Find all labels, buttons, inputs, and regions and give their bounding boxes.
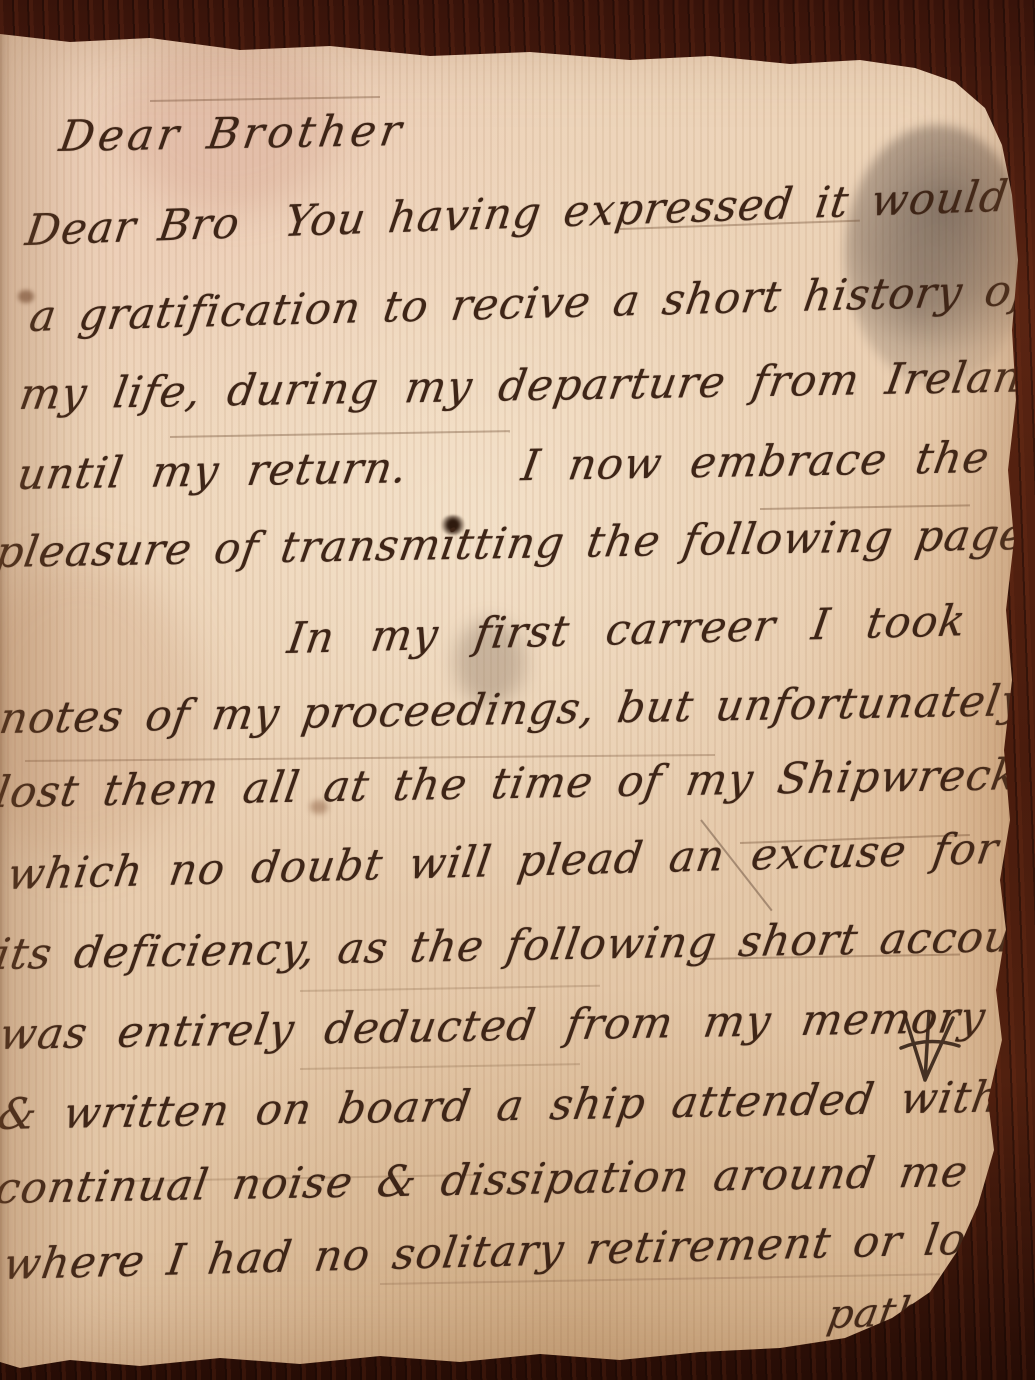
- paper-edge-shading: [0, 0, 1035, 1380]
- letter-page: Dear Brother Dear Bro You having express…: [0, 0, 1035, 1380]
